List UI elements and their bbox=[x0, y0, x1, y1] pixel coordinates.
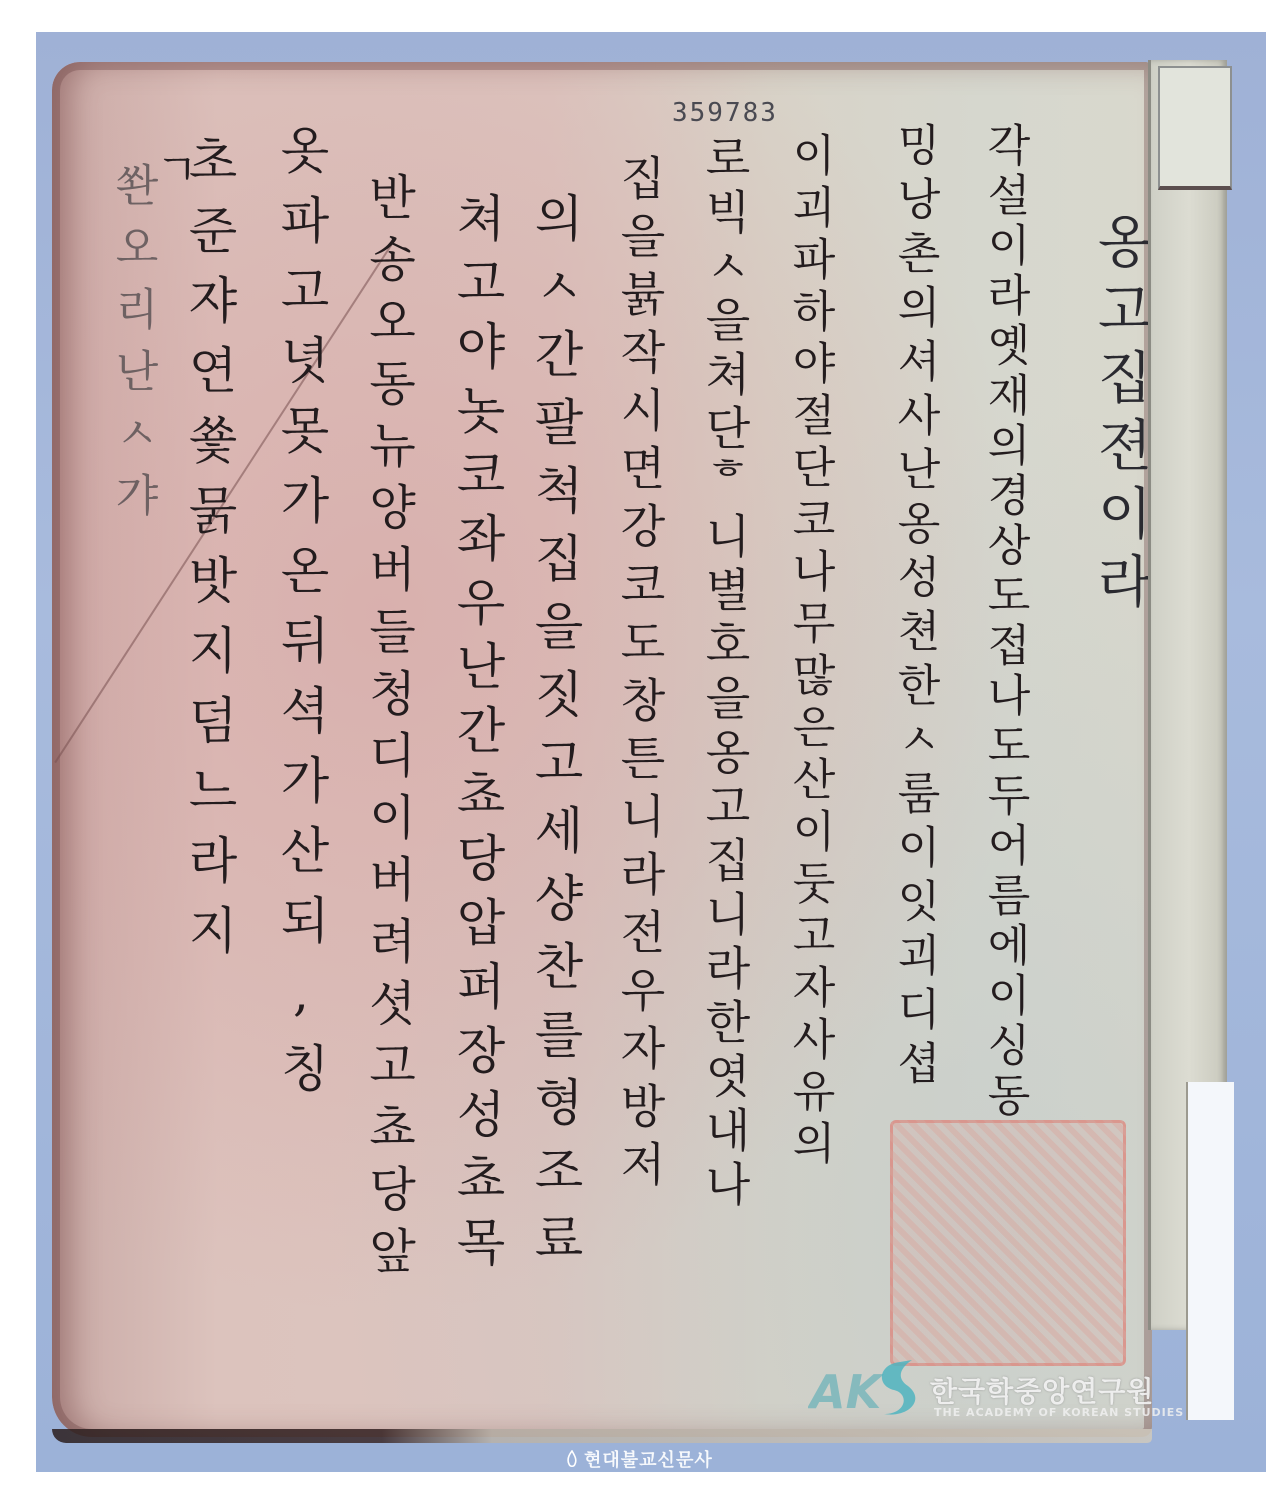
red-seal-stamp bbox=[890, 1120, 1126, 1366]
text-column-10: 초준쟈연쑟묽밧지덤느라지 bbox=[184, 134, 234, 974]
text-column-9: 옷파고녓못가온뒤셕가산되,칭 bbox=[276, 124, 326, 1112]
text-column-7: 쳐고야놋코좌우난간쵸당압퍼장성쵸목 bbox=[452, 192, 502, 1280]
svg-text:AK: AK bbox=[808, 1365, 885, 1418]
aks-name-english: THE ACADEMY OF KOREAN STUDIES bbox=[934, 1406, 1184, 1419]
binding-label-tab bbox=[1158, 66, 1232, 190]
text-column-3: 이괴파하야절단코나무많은산이둣고자사유의 bbox=[787, 132, 831, 1172]
catalog-number: 359783 bbox=[672, 98, 778, 128]
text-column-4: 로빅ㅅ을쳐단ᄒ니별호을옹고집니라한엿내나 bbox=[702, 134, 748, 1214]
aks-logo-icon: AK bbox=[808, 1356, 928, 1418]
title-column: 옹고집젼이라 bbox=[1092, 212, 1148, 620]
text-column-1: 각설이라옛재의경상도접나도두어름에이싱동 bbox=[982, 122, 1026, 1122]
publisher-name: 현대불교신문사 bbox=[584, 1446, 713, 1472]
text-column-11: 쏸오리난ㅅ갸 bbox=[110, 162, 154, 534]
text-column-2: 밍낭촌의셔사난옹성쳔한ㅅ룸이잇괴디셥 bbox=[892, 122, 936, 1094]
flame-icon bbox=[566, 1450, 578, 1468]
aks-name-korean: 한국학중앙연구원 bbox=[930, 1370, 1154, 1410]
text-column-8: 반송오동뉴양버들청디이버려셧고쵸당앞 bbox=[364, 172, 412, 1288]
paper-slip bbox=[1186, 1082, 1234, 1420]
text-column-6: 의ㅅ간팔척집을짓고세샹찬를형조료 bbox=[530, 192, 580, 1280]
publisher-credit: 현대불교신문사 bbox=[566, 1448, 713, 1470]
text-column-5: 집을뷹작시면강코도창튼니라전우자방저 bbox=[617, 154, 663, 1198]
